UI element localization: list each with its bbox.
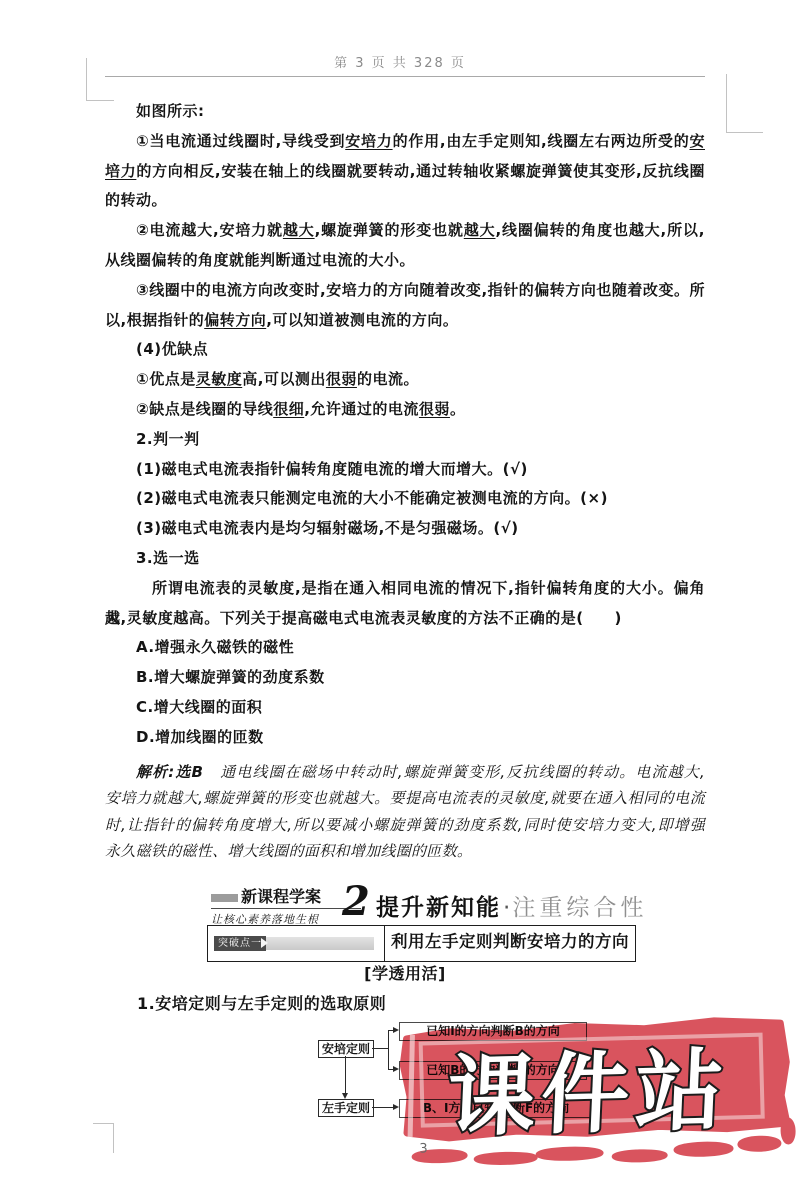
text-line: 3.选一选 bbox=[105, 544, 705, 574]
text-segment: (4)优缺点 bbox=[136, 340, 208, 358]
diagram-box-ampere-rule: 安培定则 bbox=[318, 1040, 374, 1058]
breakthrough-title: 利用左手定则判断安培力的方向 bbox=[385, 926, 635, 961]
text-segment: C.增大线圈的面积 bbox=[136, 698, 262, 716]
text-line: 2.判一判 bbox=[105, 425, 705, 455]
text-line: ①优点是灵敏度高,可以测出很弱的电流。 bbox=[105, 365, 705, 395]
text-line: (4)优缺点 bbox=[105, 335, 705, 365]
text-segment: 高,可以测出 bbox=[242, 370, 326, 388]
text-line: (3)磁电式电流表内是均匀辐射磁场,不是匀强磁场。(√) bbox=[105, 514, 705, 544]
banner-title: 提升新知能·注重综合性 bbox=[376, 889, 647, 922]
document-page: { "page_header": { "page_indicator": "第 … bbox=[0, 0, 800, 1200]
text-line: 以,根据指针的偏转方向,可以知道被测电流的方向。 bbox=[105, 306, 705, 336]
diagram-connector bbox=[372, 1107, 394, 1108]
text-segment: 偏转方向 bbox=[204, 311, 266, 329]
text-line: (1)磁电式电流表指针偏转角度随电流的增大而增大。(√) bbox=[105, 455, 705, 485]
text-segment: A.增强永久磁铁的磁性 bbox=[136, 638, 294, 656]
text-segment: 灵敏度 bbox=[196, 370, 243, 388]
text-segment: 很弱 bbox=[326, 370, 357, 388]
text-boundary-mark-top-left bbox=[86, 58, 114, 101]
text-line: 大,灵敏度越高。下列关于提高磁电式电流表灵敏度的方法不正确的是( ) bbox=[105, 604, 705, 634]
text-line: (2)磁电式电流表只能测定电流的大小不能确定被测电流的方向。(×) bbox=[105, 484, 705, 514]
banner-title-main: 提升新知能 bbox=[376, 895, 501, 921]
series-logo-title: 新课程学案 bbox=[241, 887, 321, 906]
text-line: 所谓电流表的灵敏度,是指在通入相同电流的情况下,指针偏转角度的大小。偏角越 bbox=[105, 574, 705, 604]
banner-title-sub: 注重综合性 bbox=[512, 895, 647, 921]
watermark-stamp-text: 课件站 3 bbox=[396, 1012, 796, 1174]
text-segment: ,可以知道被测电流的方向。 bbox=[266, 311, 458, 329]
section-number: 2 bbox=[342, 878, 370, 925]
text-boundary-mark-top-right bbox=[726, 74, 763, 133]
text-segment: (2)磁电式电流表只能测定电流的大小不能确定被测电流的方向。(×) bbox=[136, 489, 608, 507]
text-segment: 如图所示: bbox=[136, 102, 205, 120]
text-segment: 的作用,由左手定则知,线圈左右两边所受的 bbox=[393, 132, 690, 150]
text-segment: 3.选一选 bbox=[136, 549, 200, 567]
svg-text:课件站: 课件站 bbox=[445, 1039, 731, 1149]
text-line: 的转动。 bbox=[105, 186, 705, 216]
text-segment: ②缺点是线圈的导线 bbox=[136, 400, 273, 418]
text-segment: 越大 bbox=[464, 221, 496, 239]
text-line: ②电流越大,安培力就越大,螺旋弹簧的形变也就越大,线圈偏转的角度也越大,所以, bbox=[105, 216, 705, 246]
text-segment: ②电流越大,安培力就 bbox=[136, 221, 283, 239]
diagram-box-left-hand-rule: 左手定则 bbox=[318, 1099, 374, 1117]
text-line: D.增加线圈的匝数 bbox=[105, 723, 705, 753]
text-segment: ,螺旋弹簧的形变也就 bbox=[315, 221, 464, 239]
body-text: 如图所示:①当电流通过线圈时,导线受到安培力的作用,由左手定则知,线圈左右两边所… bbox=[105, 97, 705, 753]
page-number-indicator: 第 3 页 共 328 页 bbox=[0, 52, 800, 71]
text-segment: 安培力 bbox=[345, 132, 392, 150]
text-segment: 很弱 bbox=[419, 400, 450, 418]
text-segment: (3)磁电式电流表内是均匀辐射磁场,不是匀强磁场。(√) bbox=[136, 519, 519, 537]
text-line: 永久磁铁的磁性、增大线圈的面积和增加线圈的匝数。 bbox=[105, 838, 705, 864]
header-separator-line bbox=[105, 76, 705, 77]
text-line: A.增强永久磁铁的磁性 bbox=[105, 633, 705, 663]
text-segment: 培力 bbox=[105, 162, 136, 180]
text-line: 时,让指针的偏转角度增大,所以要减小螺旋弹簧的劲度系数,同时使安培力变大,即增强 bbox=[105, 812, 705, 838]
text-line: ①当电流通过线圈时,导线受到安培力的作用,由左手定则知,线圈左右两边所受的安 bbox=[105, 127, 705, 157]
text-segment: ,线圈偏转的角度也越大,所以, bbox=[495, 221, 704, 239]
text-line: C.增大线圈的面积 bbox=[105, 693, 705, 723]
text-segment: 的方向相反,安装在轴上的线圈就要转动,通过转轴收紧螺旋弹簧使其变形,反抗线圈 bbox=[136, 162, 705, 180]
text-line: 如图所示: bbox=[105, 97, 705, 127]
series-logo: 新课程学案 让核心素养落地生根 bbox=[211, 884, 361, 927]
text-boundary-mark-bottom-left bbox=[93, 1123, 114, 1153]
breakthrough-label-cell: 突破点一 bbox=[208, 926, 385, 961]
text-segment: 解析:选B bbox=[136, 763, 203, 781]
svg-text:3: 3 bbox=[419, 1141, 428, 1156]
text-line: ③线圈中的电流方向改变时,安培力的方向随着改变,指针的偏转方向也随着改变。所 bbox=[105, 276, 705, 306]
solution-text: 解析:选B 通电线圈在磁场中转动时,螺旋弹簧变形,反抗线圈的转动。电流越大,安培… bbox=[105, 759, 705, 865]
diagram-connector bbox=[345, 1056, 346, 1094]
arrow-right-icon bbox=[261, 938, 268, 948]
series-logo-title-row: 新课程学案 bbox=[211, 884, 361, 909]
text-segment: 从线圈偏转的角度就能判断通过电流的大小。 bbox=[105, 251, 415, 269]
text-segment: 2.判一判 bbox=[136, 430, 200, 448]
arrowhead-icon bbox=[342, 1093, 348, 1099]
text-line: 从线圈偏转的角度就能判断通过电流的大小。 bbox=[105, 246, 705, 276]
text-segment: 的电流。 bbox=[357, 370, 419, 388]
text-segment: B.增大螺旋弹簧的劲度系数 bbox=[136, 668, 325, 686]
text-segment: 以,根据指针的 bbox=[105, 311, 204, 329]
breakthrough-table: 突破点一 利用左手定则判断安培力的方向 bbox=[207, 925, 636, 962]
text-segment: 的转动。 bbox=[105, 191, 167, 209]
banner-title-separator: · bbox=[503, 895, 510, 921]
text-segment: 很细 bbox=[273, 400, 304, 418]
breakthrough-badge: 突破点一 bbox=[214, 936, 266, 951]
text-segment: 永久磁铁的磁性、增大线圈的面积和增加线圈的匝数。 bbox=[105, 842, 472, 860]
text-line: B.增大螺旋弹簧的劲度系数 bbox=[105, 663, 705, 693]
section-tag: [学透用活] bbox=[105, 961, 705, 984]
text-segment: 。 bbox=[450, 400, 466, 418]
text-segment: 大,灵敏度越高。下列关于提高磁电式电流表灵敏度的方法不正确的是( ) bbox=[105, 609, 622, 627]
text-segment: 安 bbox=[689, 132, 705, 150]
text-segment: 安培力就越大,螺旋弹簧的形变也就越大。要提高电流表的灵敏度,就要在通入相同的电流 bbox=[105, 789, 705, 807]
text-segment: ③线圈中的电流方向改变时,安培力的方向随着改变,指针的偏转方向也随着改变。所 bbox=[136, 281, 705, 299]
text-segment: D.增加线圈的匝数 bbox=[136, 728, 264, 746]
text-segment: 时,让指针的偏转角度增大,所以要减小螺旋弹簧的劲度系数,同时使安培力变大,即增强 bbox=[105, 816, 705, 834]
subsection-heading: 1.安培定则与左手定则的选取原则 bbox=[137, 991, 386, 1014]
text-line: ②缺点是线圈的导线很细,允许通过的电流很弱。 bbox=[105, 395, 705, 425]
text-line: 安培力就越大,螺旋弹簧的形变也就越大。要提高电流表的灵敏度,就要在通入相同的电流 bbox=[105, 785, 705, 811]
text-segment: ①当电流通过线圈时,导线受到 bbox=[136, 132, 345, 150]
text-segment: (1)磁电式电流表指针偏转角度随电流的增大而增大。(√) bbox=[136, 460, 528, 478]
text-segment: 越大 bbox=[283, 221, 315, 239]
logo-bar-icon bbox=[211, 894, 238, 902]
diagram-connector bbox=[372, 1048, 388, 1049]
text-segment: 通电线圈在磁场中转动时,螺旋弹簧变形,反抗线圈的转动。电流越大, bbox=[203, 763, 705, 781]
text-segment: ①优点是 bbox=[136, 370, 196, 388]
diagram-connector bbox=[388, 1030, 389, 1070]
text-line: 解析:选B 通电线圈在磁场中转动时,螺旋弹簧变形,反抗线圈的转动。电流越大, bbox=[105, 759, 705, 785]
text-line: 培力的方向相反,安装在轴上的线圈就要转动,通过转轴收紧螺旋弹簧使其变形,反抗线圈 bbox=[105, 157, 705, 187]
text-segment: ,允许通过的电流 bbox=[304, 400, 419, 418]
